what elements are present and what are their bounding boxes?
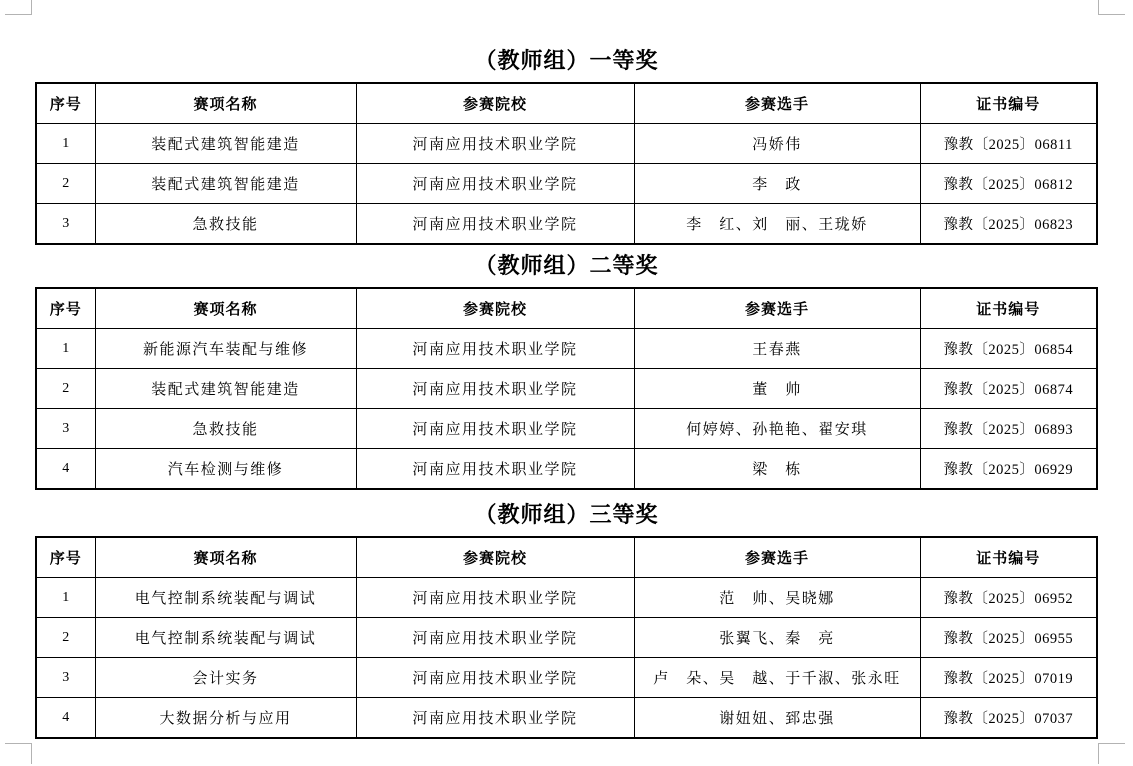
cell-event: 新能源汽车装配与维修 bbox=[95, 329, 356, 369]
cell-cert: 豫教〔2025〕06823 bbox=[920, 204, 1097, 245]
cell-cert: 豫教〔2025〕07037 bbox=[920, 698, 1097, 739]
cell-no: 3 bbox=[36, 658, 95, 698]
cell-event: 急救技能 bbox=[95, 204, 356, 245]
cell-school: 河南应用技术职业学院 bbox=[356, 698, 634, 739]
col-header-cert: 证书编号 bbox=[920, 83, 1097, 124]
cell-no: 1 bbox=[36, 578, 95, 618]
cell-event: 会计实务 bbox=[95, 658, 356, 698]
col-header-school: 参赛院校 bbox=[356, 288, 634, 329]
page-margin-mark-bottom-right bbox=[1098, 743, 1125, 764]
header-row: 序号 赛项名称 参赛院校 参赛选手 证书编号 bbox=[36, 83, 1097, 124]
cell-cert: 豫教〔2025〕06952 bbox=[920, 578, 1097, 618]
cell-no: 2 bbox=[36, 618, 95, 658]
cell-contestants: 范 帅、吴晓娜 bbox=[634, 578, 920, 618]
table-row: 3 急救技能 河南应用技术职业学院 李 红、刘 丽、王珑娇 豫教〔2025〕06… bbox=[36, 204, 1097, 245]
cell-event: 急救技能 bbox=[95, 409, 356, 449]
table-row: 2 装配式建筑智能建造 河南应用技术职业学院 李 政 豫教〔2025〕06812 bbox=[36, 164, 1097, 204]
col-header-contestants: 参赛选手 bbox=[634, 83, 920, 124]
cell-school: 河南应用技术职业学院 bbox=[356, 329, 634, 369]
cell-contestants: 冯娇伟 bbox=[634, 124, 920, 164]
cell-contestants: 王春燕 bbox=[634, 329, 920, 369]
header-row: 序号 赛项名称 参赛院校 参赛选手 证书编号 bbox=[36, 288, 1097, 329]
award-section-third-prize: （教师组）三等奖 序号 赛项名称 参赛院校 参赛选手 证书编号 1 电气控制系统… bbox=[0, 500, 1133, 739]
cell-school: 河南应用技术职业学院 bbox=[356, 658, 634, 698]
header-row: 序号 赛项名称 参赛院校 参赛选手 证书编号 bbox=[36, 537, 1097, 578]
cell-school: 河南应用技术职业学院 bbox=[356, 578, 634, 618]
cell-cert: 豫教〔2025〕06874 bbox=[920, 369, 1097, 409]
table-row: 1 装配式建筑智能建造 河南应用技术职业学院 冯娇伟 豫教〔2025〕06811 bbox=[36, 124, 1097, 164]
cell-cert: 豫教〔2025〕06929 bbox=[920, 449, 1097, 490]
cell-school: 河南应用技术职业学院 bbox=[356, 124, 634, 164]
cell-cert: 豫教〔2025〕07019 bbox=[920, 658, 1097, 698]
cell-contestants: 李 红、刘 丽、王珑娇 bbox=[634, 204, 920, 245]
cell-no: 3 bbox=[36, 204, 95, 245]
award-section-first-prize: （教师组）一等奖 序号 赛项名称 参赛院校 参赛选手 证书编号 1 装配式建筑智… bbox=[0, 46, 1133, 245]
award-title-first-prize: （教师组）一等奖 bbox=[0, 46, 1133, 76]
table-row: 4 汽车检测与维修 河南应用技术职业学院 梁 栋 豫教〔2025〕06929 bbox=[36, 449, 1097, 490]
cell-no: 2 bbox=[36, 369, 95, 409]
award-table-first-prize: 序号 赛项名称 参赛院校 参赛选手 证书编号 1 装配式建筑智能建造 河南应用技… bbox=[35, 82, 1098, 245]
col-header-event: 赛项名称 bbox=[95, 537, 356, 578]
table-row: 2 装配式建筑智能建造 河南应用技术职业学院 董 帅 豫教〔2025〕06874 bbox=[36, 369, 1097, 409]
award-title-second-prize: （教师组）二等奖 bbox=[0, 251, 1133, 281]
table-row: 2 电气控制系统装配与调试 河南应用技术职业学院 张翼飞、秦 亮 豫教〔2025… bbox=[36, 618, 1097, 658]
table-row: 4 大数据分析与应用 河南应用技术职业学院 谢妞妞、郅忠强 豫教〔2025〕07… bbox=[36, 698, 1097, 739]
table-row: 1 新能源汽车装配与维修 河南应用技术职业学院 王春燕 豫教〔2025〕0685… bbox=[36, 329, 1097, 369]
cell-event: 装配式建筑智能建造 bbox=[95, 124, 356, 164]
cell-school: 河南应用技术职业学院 bbox=[356, 369, 634, 409]
col-header-cert: 证书编号 bbox=[920, 288, 1097, 329]
cell-no: 1 bbox=[36, 124, 95, 164]
cell-contestants: 梁 栋 bbox=[634, 449, 920, 490]
col-header-no: 序号 bbox=[36, 537, 95, 578]
col-header-school: 参赛院校 bbox=[356, 537, 634, 578]
award-table-second-prize: 序号 赛项名称 参赛院校 参赛选手 证书编号 1 新能源汽车装配与维修 河南应用… bbox=[35, 287, 1098, 490]
page-margin-mark-bottom-left bbox=[5, 743, 32, 764]
cell-cert: 豫教〔2025〕06854 bbox=[920, 329, 1097, 369]
table-row: 1 电气控制系统装配与调试 河南应用技术职业学院 范 帅、吴晓娜 豫教〔2025… bbox=[36, 578, 1097, 618]
cell-event: 装配式建筑智能建造 bbox=[95, 369, 356, 409]
cell-cert: 豫教〔2025〕06811 bbox=[920, 124, 1097, 164]
cell-event: 电气控制系统装配与调试 bbox=[95, 578, 356, 618]
cell-event: 汽车检测与维修 bbox=[95, 449, 356, 490]
col-header-event: 赛项名称 bbox=[95, 288, 356, 329]
cell-contestants: 董 帅 bbox=[634, 369, 920, 409]
col-header-cert: 证书编号 bbox=[920, 537, 1097, 578]
cell-school: 河南应用技术职业学院 bbox=[356, 204, 634, 245]
cell-no: 3 bbox=[36, 409, 95, 449]
page-margin-mark-top-right bbox=[1098, 0, 1125, 15]
cell-event: 电气控制系统装配与调试 bbox=[95, 618, 356, 658]
cell-contestants: 张翼飞、秦 亮 bbox=[634, 618, 920, 658]
document-page: { "tables": [ { "title": "（教师组）一等奖", "he… bbox=[0, 0, 1133, 766]
cell-contestants: 何婷婷、孙艳艳、翟安琪 bbox=[634, 409, 920, 449]
cell-no: 1 bbox=[36, 329, 95, 369]
cell-school: 河南应用技术职业学院 bbox=[356, 449, 634, 490]
cell-no: 2 bbox=[36, 164, 95, 204]
cell-school: 河南应用技术职业学院 bbox=[356, 409, 634, 449]
col-header-contestants: 参赛选手 bbox=[634, 288, 920, 329]
award-table-third-prize: 序号 赛项名称 参赛院校 参赛选手 证书编号 1 电气控制系统装配与调试 河南应… bbox=[35, 536, 1098, 739]
table-row: 3 急救技能 河南应用技术职业学院 何婷婷、孙艳艳、翟安琪 豫教〔2025〕06… bbox=[36, 409, 1097, 449]
col-header-no: 序号 bbox=[36, 288, 95, 329]
cell-event: 大数据分析与应用 bbox=[95, 698, 356, 739]
cell-cert: 豫教〔2025〕06812 bbox=[920, 164, 1097, 204]
col-header-no: 序号 bbox=[36, 83, 95, 124]
cell-cert: 豫教〔2025〕06893 bbox=[920, 409, 1097, 449]
col-header-event: 赛项名称 bbox=[95, 83, 356, 124]
cell-no: 4 bbox=[36, 698, 95, 739]
cell-contestants: 谢妞妞、郅忠强 bbox=[634, 698, 920, 739]
cell-school: 河南应用技术职业学院 bbox=[356, 164, 634, 204]
col-header-contestants: 参赛选手 bbox=[634, 537, 920, 578]
cell-school: 河南应用技术职业学院 bbox=[356, 618, 634, 658]
cell-event: 装配式建筑智能建造 bbox=[95, 164, 356, 204]
table-row: 3 会计实务 河南应用技术职业学院 卢 朵、吴 越、于千淑、张永旺 豫教〔202… bbox=[36, 658, 1097, 698]
page-margin-mark-top-left bbox=[5, 0, 32, 15]
cell-cert: 豫教〔2025〕06955 bbox=[920, 618, 1097, 658]
award-title-third-prize: （教师组）三等奖 bbox=[0, 500, 1133, 530]
col-header-school: 参赛院校 bbox=[356, 83, 634, 124]
cell-no: 4 bbox=[36, 449, 95, 490]
cell-contestants: 卢 朵、吴 越、于千淑、张永旺 bbox=[634, 658, 920, 698]
award-section-second-prize: （教师组）二等奖 序号 赛项名称 参赛院校 参赛选手 证书编号 1 新能源汽车装… bbox=[0, 251, 1133, 490]
cell-contestants: 李 政 bbox=[634, 164, 920, 204]
